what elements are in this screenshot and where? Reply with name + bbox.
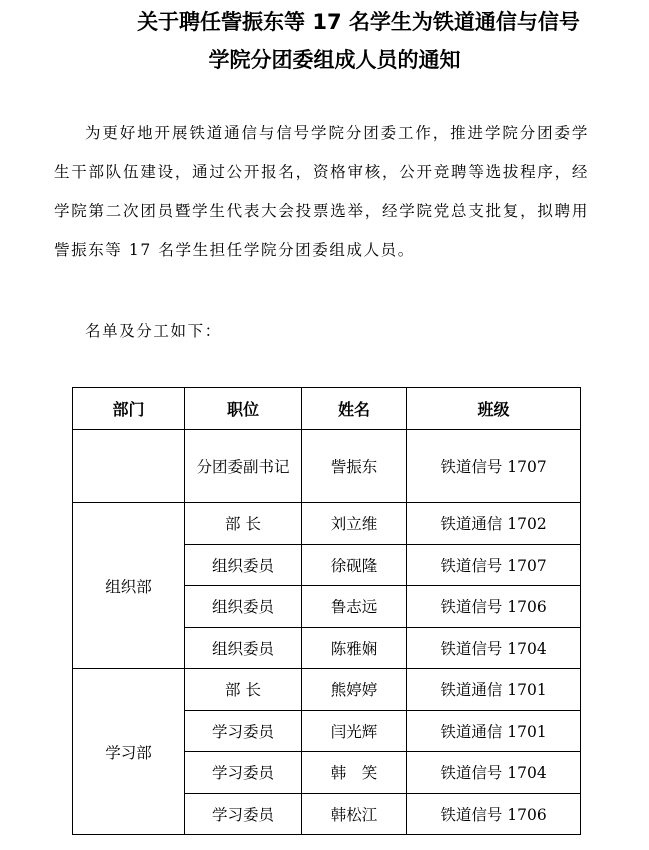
member-table: 部门 职位 姓名 班级 分团委副书记 訾振东 铁道信号 1707 组织部 部 长… xyxy=(72,387,581,835)
position-cell: 部 长 xyxy=(185,669,302,711)
class-cell: 铁道信号 1707 xyxy=(407,430,581,503)
name-cell: 韩松江 xyxy=(302,793,407,835)
class-cell: 铁道信号 1704 xyxy=(407,627,581,669)
position-cell: 分团委副书记 xyxy=(185,430,302,503)
name-cell: 刘立维 xyxy=(302,503,407,545)
position-cell: 组织委员 xyxy=(185,586,302,628)
name-cell: 訾振东 xyxy=(302,430,407,503)
header-class: 班级 xyxy=(407,388,581,430)
list-intro-text: 名单及分工如下： xyxy=(54,312,589,351)
class-cell: 铁道信号 1706 xyxy=(407,793,581,835)
table-row: 分团委副书记 訾振东 铁道信号 1707 xyxy=(73,430,581,503)
position-cell: 学习委员 xyxy=(185,752,302,794)
name-cell: 徐砚隆 xyxy=(302,544,407,586)
class-cell: 铁道通信 1701 xyxy=(407,669,581,711)
position-cell: 学习委员 xyxy=(185,793,302,835)
header-position: 职位 xyxy=(185,388,302,430)
name-cell: 陈雅娴 xyxy=(302,627,407,669)
list-intro: 名单及分工如下： xyxy=(54,312,589,351)
department-cell: 组织部 xyxy=(73,503,185,669)
document-title-line-2: 学院分团委组成人员的通知 xyxy=(10,44,649,74)
header-department: 部门 xyxy=(73,388,185,430)
position-cell: 学习委员 xyxy=(185,710,302,752)
name-cell: 鲁志远 xyxy=(302,586,407,628)
name-cell: 熊婷婷 xyxy=(302,669,407,711)
department-cell: 学习部 xyxy=(73,669,185,835)
department-cell xyxy=(73,430,185,503)
header-name: 姓名 xyxy=(302,388,407,430)
class-cell: 铁道通信 1702 xyxy=(407,503,581,545)
class-cell: 铁道信号 1704 xyxy=(407,752,581,794)
class-cell: 铁道通信 1701 xyxy=(407,710,581,752)
document-title-line-1: 关于聘任訾振东等 17 名学生为铁道通信与信号 xyxy=(34,6,649,36)
name-cell: 闫光辉 xyxy=(302,710,407,752)
table-row: 组织部 部 长 刘立维 铁道通信 1702 xyxy=(73,503,581,545)
class-cell: 铁道信号 1707 xyxy=(407,544,581,586)
class-cell: 铁道信号 1706 xyxy=(407,586,581,628)
body-paragraph: 为更好地开展铁道通信与信号学院分团委工作，推进学院分团委学生干部队伍建设，通过公… xyxy=(54,114,589,270)
position-cell: 组织委员 xyxy=(185,544,302,586)
position-cell: 部 长 xyxy=(185,503,302,545)
intro-paragraph: 为更好地开展铁道通信与信号学院分团委工作，推进学院分团委学生干部队伍建设，通过公… xyxy=(54,114,589,270)
position-cell: 组织委员 xyxy=(185,627,302,669)
name-cell: 韩 笑 xyxy=(302,752,407,794)
table-header-row: 部门 职位 姓名 班级 xyxy=(73,388,581,430)
table-row: 学习部 部 长 熊婷婷 铁道通信 1701 xyxy=(73,669,581,711)
